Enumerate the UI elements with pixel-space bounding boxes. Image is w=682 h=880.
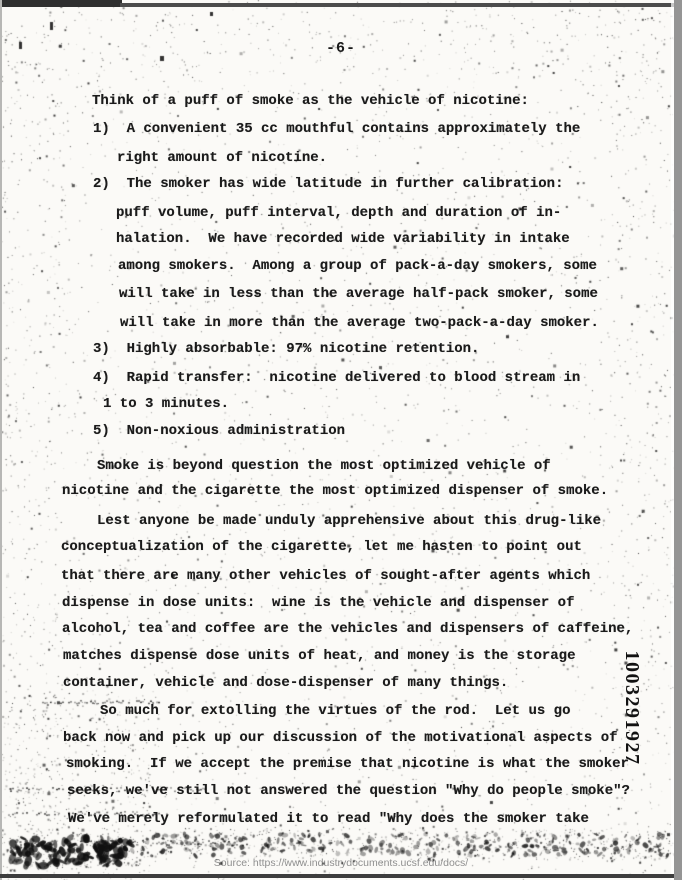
bates-number: 1003291927 xyxy=(617,648,643,768)
scan-edge-right xyxy=(674,0,682,880)
scan-edge-bottom xyxy=(0,874,674,878)
text-line: right amount of nicotine. xyxy=(117,151,327,166)
text-line: container, vehicle and dose-dispenser of… xyxy=(63,676,508,691)
text-line: Lest anyone be made unduly apprehensive … xyxy=(97,514,601,529)
text-line: Smoke is beyond question the most optimi… xyxy=(97,459,551,474)
scan-edge-top xyxy=(120,3,674,7)
text-line: conceptualization of the cigarette, let … xyxy=(61,540,582,555)
scan-edge-top-left xyxy=(0,0,122,7)
document-text-body: Think of a puff of smoke as the vehicle … xyxy=(0,0,682,880)
text-line: 2) The smoker has wide latitude in furth… xyxy=(93,177,563,192)
text-line: Think of a puff of smoke as the vehicle … xyxy=(92,94,529,109)
text-line: nicotine and the cigarette the most opti… xyxy=(62,484,608,499)
text-line: seeks, we've still not answered the ques… xyxy=(67,784,630,799)
text-line: 3) Highly absorbable: 97% nicotine reten… xyxy=(93,342,479,357)
text-line: smoking. If we accept the premise that n… xyxy=(66,757,629,772)
text-line: 1 to 3 minutes. xyxy=(103,397,229,412)
text-line: will take in less than the average half-… xyxy=(119,287,598,302)
scanned-document-page: -6- Think of a puff of smoke as the vehi… xyxy=(0,0,682,880)
text-line: dispense in dose units: wine is the vehi… xyxy=(62,596,574,611)
text-line: back now and pick up our discussion of t… xyxy=(63,731,618,746)
scan-edge-left xyxy=(0,0,2,880)
text-line: alcohol, tea and coffee are the vehicles… xyxy=(62,622,633,637)
text-line: We've merely reformulated it to read "Wh… xyxy=(68,812,589,827)
text-line: So much for extolling the virtues of the… xyxy=(100,704,570,719)
text-line: 1) A convenient 35 cc mouthful contains … xyxy=(93,122,580,137)
text-line: 5) Non-noxious administration xyxy=(93,424,345,439)
text-line: puff volume, puff interval, depth and du… xyxy=(116,206,561,221)
text-line: halation. We have recorded wide variabil… xyxy=(116,232,570,247)
text-line: matches dispense dose units of heat, and… xyxy=(63,649,575,664)
text-line: 4) Rapid transfer: nicotine delivered to… xyxy=(93,371,580,386)
text-line: will take in more than the average two-p… xyxy=(120,316,599,331)
text-line: among smokers. Among a group of pack-a-d… xyxy=(118,259,597,274)
source-watermark: Source: https://www.industrydocuments.uc… xyxy=(0,857,682,869)
text-line: that there are many other vehicles of so… xyxy=(61,569,590,584)
